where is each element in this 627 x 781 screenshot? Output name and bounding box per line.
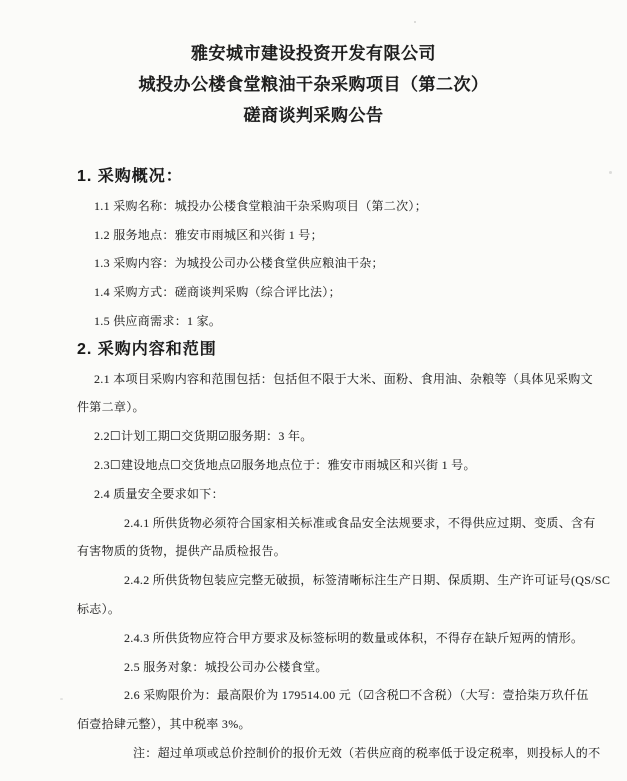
- title-project-name: 城投办公楼食堂粮油干杂采购项目（第二次）: [0, 69, 627, 100]
- scan-artifact: [414, 21, 416, 23]
- section-1-heading: 1. 采购概况：: [77, 163, 613, 192]
- item-2-4-2: 2.4.2 所供货物包装应完整无破损，标签清晰标注生产日期、保质期、生产许可证号…: [77, 566, 613, 595]
- item-2-2: 2.2☐计划工期☐交货期☑服务期：3 年。: [77, 422, 613, 451]
- item-1-3: 1.3 采购内容：为城投公司办公楼食堂供应粮油干杂；: [77, 249, 613, 278]
- item-2-4-1-continued: 有害物质的货物，提供产品质检报告。: [77, 537, 613, 566]
- document-body: 1. 采购概况： 1.1 采购名称：城投办公楼食堂粮油干杂采购项目（第二次）； …: [0, 163, 627, 768]
- section-2-heading: 2. 采购内容和范围: [77, 336, 613, 365]
- item-2-4: 2.4 质量安全要求如下：: [77, 480, 613, 509]
- item-1-4: 1.4 采购方式：磋商谈判采购（综合评比法）；: [77, 278, 613, 307]
- item-2-1: 2.1 本项目采购内容和范围包括：包括但不限于大米、面粉、食用油、杂粮等（具体见…: [77, 365, 613, 394]
- scan-artifact: [196, 49, 198, 58]
- item-2-5: 2.5 服务对象：城投公司办公楼食堂。: [77, 653, 613, 682]
- item-2-6: 2.6 采购限价为：最高限价为 179514.00 元（☑含税☐不含税）（大写：…: [77, 681, 613, 710]
- item-2-3: 2.3☐建设地点☐交货地点☑服务地点位于：雅安市雨城区和兴街 1 号。: [77, 451, 613, 480]
- title-company-name: 雅安城市建设投资开发有限公司: [0, 38, 627, 69]
- document-page: 雅安城市建设投资开发有限公司 城投办公楼食堂粮油干杂采购项目（第二次） 磋商谈判…: [0, 0, 627, 781]
- item-1-1: 1.1 采购名称：城投办公楼食堂粮油干杂采购项目（第二次）；: [77, 192, 613, 221]
- document-title: 雅安城市建设投资开发有限公司 城投办公楼食堂粮油干杂采购项目（第二次） 磋商谈判…: [0, 0, 627, 131]
- item-2-4-2-continued: 标志）。: [77, 595, 613, 624]
- item-2-4-1: 2.4.1 所供货物必须符合国家相关标准或食品安全法规要求，不得供应过期、变质、…: [77, 509, 613, 538]
- scan-artifact: [609, 171, 612, 174]
- item-1-2: 1.2 服务地点：雅安市雨城区和兴街 1 号；: [77, 221, 613, 250]
- item-1-5: 1.5 供应商需求：1 家。: [77, 307, 613, 336]
- note-line: 注：超过单项或总价控制价的报价无效（若供应商的税率低于设定税率，则投标人的不: [77, 739, 613, 768]
- title-announcement-type: 磋商谈判采购公告: [0, 100, 627, 131]
- scan-artifact: [60, 698, 63, 700]
- item-2-4-3: 2.4.3 所供货物应符合甲方要求及标签标明的数量或体积，不得存在缺斤短两的情形…: [77, 624, 613, 653]
- item-2-1-continued: 件第二章）。: [77, 393, 613, 422]
- item-2-6-continued: 佰壹拾肆元整），其中税率 3%。: [77, 710, 613, 739]
